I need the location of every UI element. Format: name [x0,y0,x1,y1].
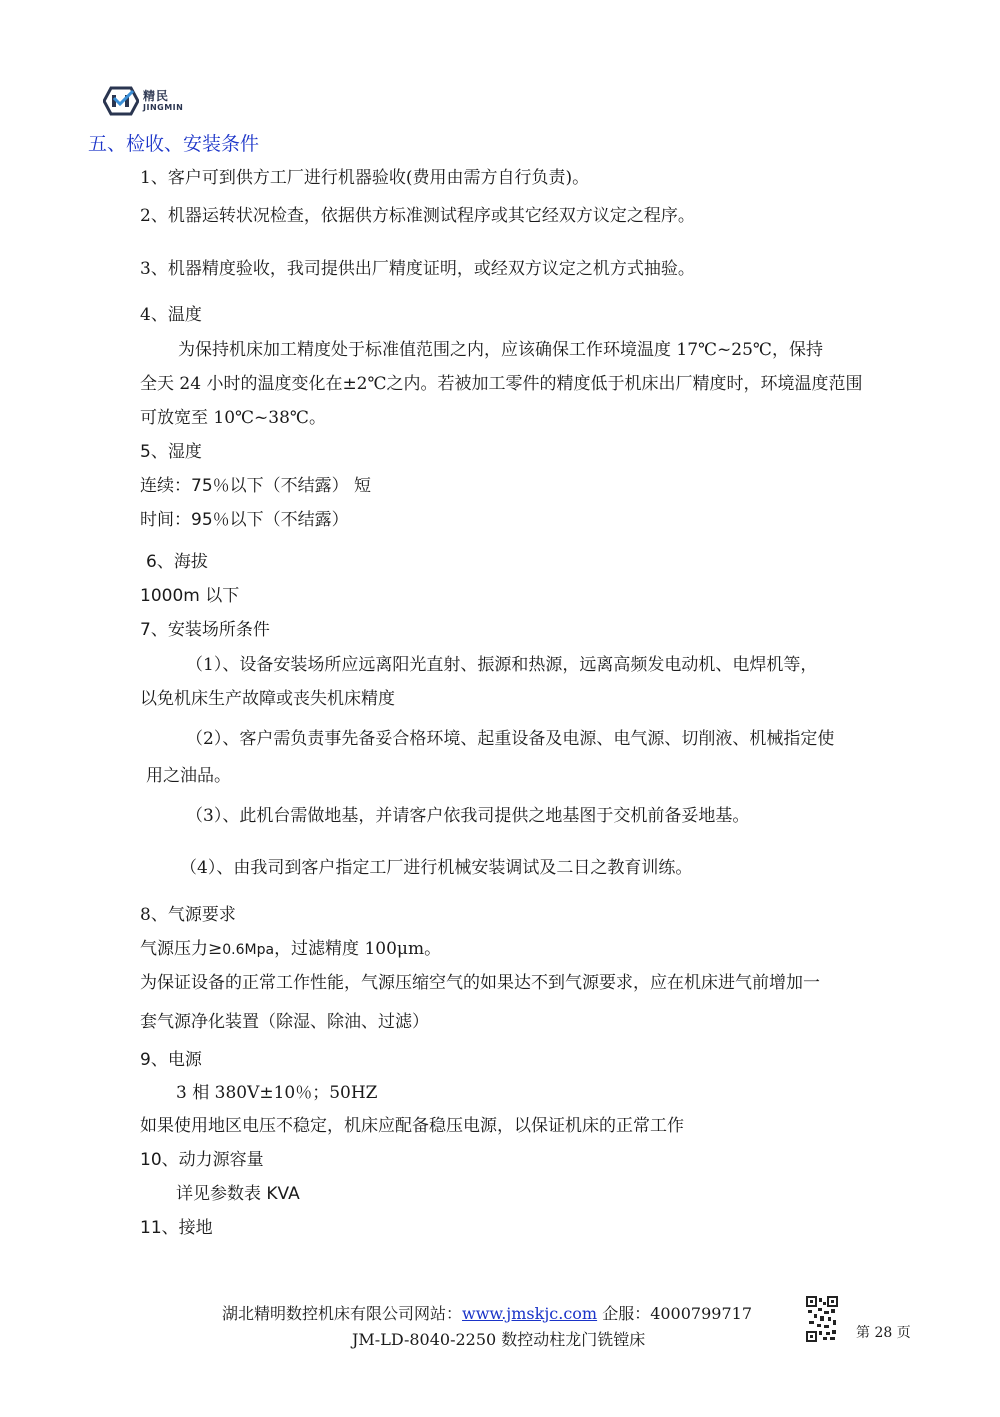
item-9-line-1: 3 相 380V±10％；50HZ [176,1081,378,1105]
footer-website-link[interactable]: www.jmskjc.com [462,1304,597,1323]
logo-en-text: JINGMIN [143,104,183,112]
item-5-line-2: 时间：95％以下（不结露） [140,508,349,532]
item-8-line-2: 为保证设备的正常工作性能，气源压缩空气的如果达不到气源要求，应在机床进气前增加一 [140,971,820,995]
item-8-line-3: 套气源净化装置（除湿、除油、过滤） [140,1010,429,1034]
air-pressure-label: 气源压力≥ [140,939,222,959]
item-11-title: 11、接地 [140,1216,213,1240]
air-pressure-value: 0.6Mpa [222,942,274,958]
item-4-line-3: 可放宽至 10℃~38℃。 [140,406,326,430]
item-4-line-2: 全天 24 小时的温度变化在±2℃之内。若被加工零件的精度低于机床出厂精度时，环… [140,372,863,396]
item-8-title: 8、气源要求 [140,903,236,927]
item-7-2-line-2: 用之油品。 [146,764,231,788]
item-2: 2、机器运转状况检查，依据供方标准测试程序或其它经双方议定之程序。 [140,204,695,228]
filter-precision: ，过滤精度 100μm。 [274,939,441,959]
footer-company-line: 湖北精明数控机床有限公司网站：www.jmskjc.com 企服：4000799… [222,1301,752,1324]
section-title: 五、检收、安装条件 [88,132,259,156]
item-7-3: （3）、此机台需做地基，并请客户依我司提供之地基图于交机前备妥地基。 [186,804,749,828]
jingmin-logo-icon [103,86,139,116]
company-logo: 精民 JINGMIN [103,85,213,117]
qr-code-icon [806,1296,838,1342]
item-5-line-1: 连续：75％以下（不结露） 短 [140,474,371,498]
item-9-line-2: 如果使用地区电压不稳定，机床应配备稳压电源，以保证机床的正常工作 [140,1114,684,1138]
page-number: 第 28 页 [856,1322,911,1342]
footer-model: JM-LD-8040-2250 数控动柱龙门铣镗床 [352,1327,645,1350]
item-4-line-1: 为保持机床加工精度处于标准值范围之内，应该确保工作环境温度 17℃~25℃，保持 [178,338,823,362]
item-9-title: 9、电源 [140,1048,202,1072]
item-6-title: 6、海拔 [146,550,208,574]
item-4-title: 4、温度 [140,303,202,327]
item-1: 1、客户可到供方工厂进行机器验收(费用由需方自行负责)。 [140,166,589,190]
footer-service-phone: 企服：4000799717 [597,1304,752,1323]
footer-company: 湖北精明数控机床有限公司网站： [222,1304,462,1323]
item-7-title: 7、安装场所条件 [140,618,270,642]
item-7-1-line-2: 以免机床生产故障或丧失机床精度 [140,687,395,711]
item-7-4: （4）、由我司到客户指定工厂进行机械安装调试及二日之教育训练。 [180,856,692,880]
logo-cn-text: 精民 [143,90,183,102]
item-10-title: 10、动力源容量 [140,1148,264,1172]
item-8-line-1: 气源压力≥0.6Mpa，过滤精度 100μm。 [140,937,441,962]
item-10-line-1: 详见参数表 KVA [176,1182,300,1206]
item-7-2-line-1: （2）、客户需负责事先备妥合格环境、起重设备及电源、电气源、切削液、机械指定使 [186,727,834,751]
item-5-title: 5、湿度 [140,440,202,464]
item-6-line-1: 1000m 以下 [140,584,239,608]
item-7-1-line-1: （1）、设备安装场所应远离阳光直射、振源和热源，远离高频发电动机、电焊机等， [186,653,817,677]
item-3: 3、机器精度验收，我司提供出厂精度证明，或经双方议定之机方式抽验。 [140,257,695,281]
